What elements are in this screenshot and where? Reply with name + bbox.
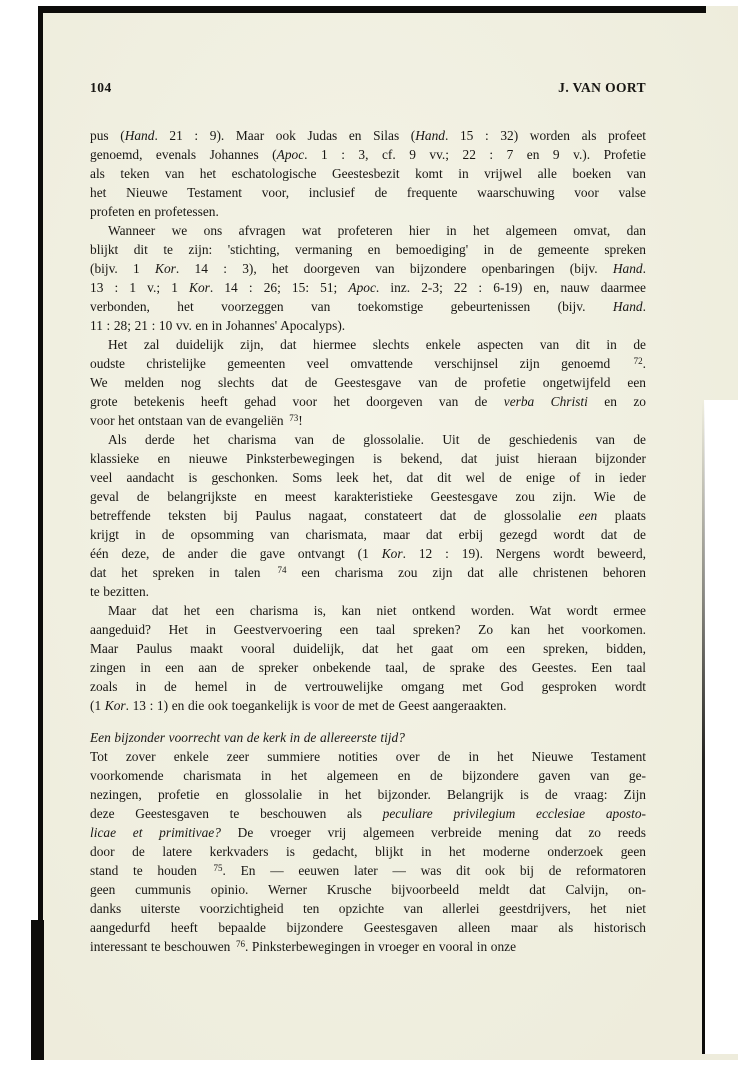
text-line: veel aandacht is geschonken. Soms leek h… xyxy=(90,468,646,487)
text-line: voor het ontstaan van de evangeliën 73! xyxy=(90,411,646,430)
text-line: interessant te beschouwen 76. Pinksterbe… xyxy=(90,937,646,956)
text-line: zoals in de hemel in de vertrouwelijke o… xyxy=(90,677,646,696)
body-text-block: pus (Hand. 21 : 9). Maar ook Judas en Si… xyxy=(90,126,646,956)
scan-edge-left xyxy=(38,6,43,1060)
text-line: 11 : 28; 21 : 10 vv. en in Johannes' Apo… xyxy=(90,316,646,335)
text-line: als teken van het eschatologische Geeste… xyxy=(90,164,646,183)
scan-edge-top xyxy=(38,6,706,13)
text-line: zingen in een aan de spreker onbekende t… xyxy=(90,658,646,677)
running-head-author: J. VAN OORT xyxy=(558,80,646,96)
text-line: genoemd, evenals Johannes (Apoc. 1 : 3, … xyxy=(90,145,646,164)
paragraph: Tot zover enkele zeer summiere notities … xyxy=(90,747,646,956)
text-line: oudste christelijke gemeenten veel omvat… xyxy=(90,354,646,373)
text-line: één deze, de ander die gave ontvangt (1 … xyxy=(90,544,646,563)
text-line: verbonden, het voorzeggen van toekomstig… xyxy=(90,297,646,316)
scan-edge-left-thick xyxy=(31,920,44,1060)
section-heading: Een bijzonder voorrecht van de kerk in d… xyxy=(90,728,646,747)
text-line: geen cummunis opinio. Werner Krusche bij… xyxy=(90,880,646,899)
running-head: 104 J. VAN OORT xyxy=(90,80,646,100)
text-line: klassieke en nieuwe Pinksterbewegingen i… xyxy=(90,449,646,468)
text-line: geval de belangrijkste en meest karakter… xyxy=(90,487,646,506)
text-line: door de latere kerkvaders is gedacht, bl… xyxy=(90,842,646,861)
scan-edge-right xyxy=(702,400,705,1054)
text-line: krijgt in de opsomming van charismata, m… xyxy=(90,525,646,544)
text-line: profeten en profetessen. xyxy=(90,202,646,221)
text-line: danks uiterste voorzichtigheid ten opzic… xyxy=(90,899,646,918)
text-line: dat het spreken in talen 74 een charisma… xyxy=(90,563,646,582)
text-line: Een bijzonder voorrecht van de kerk in d… xyxy=(90,728,646,747)
text-line: pus (Hand. 21 : 9). Maar ook Judas en Si… xyxy=(90,126,646,145)
text-line: Tot zover enkele zeer summiere notities … xyxy=(90,747,646,766)
text-line: licae et primitivae? De vroeger vrij alg… xyxy=(90,823,646,842)
text-line: 13 : 1 v.; 1 Kor. 14 : 26; 15: 51; Apoc.… xyxy=(90,278,646,297)
text-line: betreffende teksten bij Paulus nagaat, c… xyxy=(90,506,646,525)
text-line: aangedurfd heeft bepaalde bijzondere Gee… xyxy=(90,918,646,937)
text-line: Als derde het charisma van de glossolali… xyxy=(90,430,646,449)
text-line: aangeduid? Het in Geestvervoering een ta… xyxy=(90,620,646,639)
text-line: (1 Kor. 13 : 1) en die ook toegankelijk … xyxy=(90,696,646,715)
paragraph: Als derde het charisma van de glossolali… xyxy=(90,430,646,601)
text-line: stand te houden 75. En — eeuwen later — … xyxy=(90,861,646,880)
text-line: deze Geestesgaven te beschouwen als pecu… xyxy=(90,804,646,823)
text-line: voorkomende charismata in het algemeen e… xyxy=(90,766,646,785)
page-number: 104 xyxy=(90,80,112,96)
text-line: nezingen, profetie en glossolalie in het… xyxy=(90,785,646,804)
text-line: We melden nog slechts dat de Geestesgave… xyxy=(90,373,646,392)
text-line: te bezitten. xyxy=(90,582,646,601)
scan-canvas: 104 J. VAN OORT pus (Hand. 21 : 9). Maar… xyxy=(0,0,738,1068)
paragraph: Het zal duidelijk zijn, dat hiermee slec… xyxy=(90,335,646,430)
book-page: 104 J. VAN OORT pus (Hand. 21 : 9). Maar… xyxy=(38,6,738,1060)
scan-gutter-right xyxy=(704,400,738,1054)
text-line: Maar Paulus maakt vooral duidelijk, dat … xyxy=(90,639,646,658)
paragraph: Wanneer we ons afvragen wat profeteren h… xyxy=(90,221,646,335)
text-line: Wanneer we ons afvragen wat profeteren h… xyxy=(90,221,646,240)
text-line: het Nieuwe Testament voor, inclusief de … xyxy=(90,183,646,202)
paragraph: Maar dat het een charisma is, kan niet o… xyxy=(90,601,646,715)
text-line: Maar dat het een charisma is, kan niet o… xyxy=(90,601,646,620)
text-line: grote betekenis heeft gehad voor het doo… xyxy=(90,392,646,411)
text-line: Het zal duidelijk zijn, dat hiermee slec… xyxy=(90,335,646,354)
text-line: (bijv. 1 Kor. 14 : 3), het doorgeven van… xyxy=(90,259,646,278)
text-line: blijkt dit te zijn: 'stichting, vermanin… xyxy=(90,240,646,259)
paragraph: pus (Hand. 21 : 9). Maar ook Judas en Si… xyxy=(90,126,646,221)
